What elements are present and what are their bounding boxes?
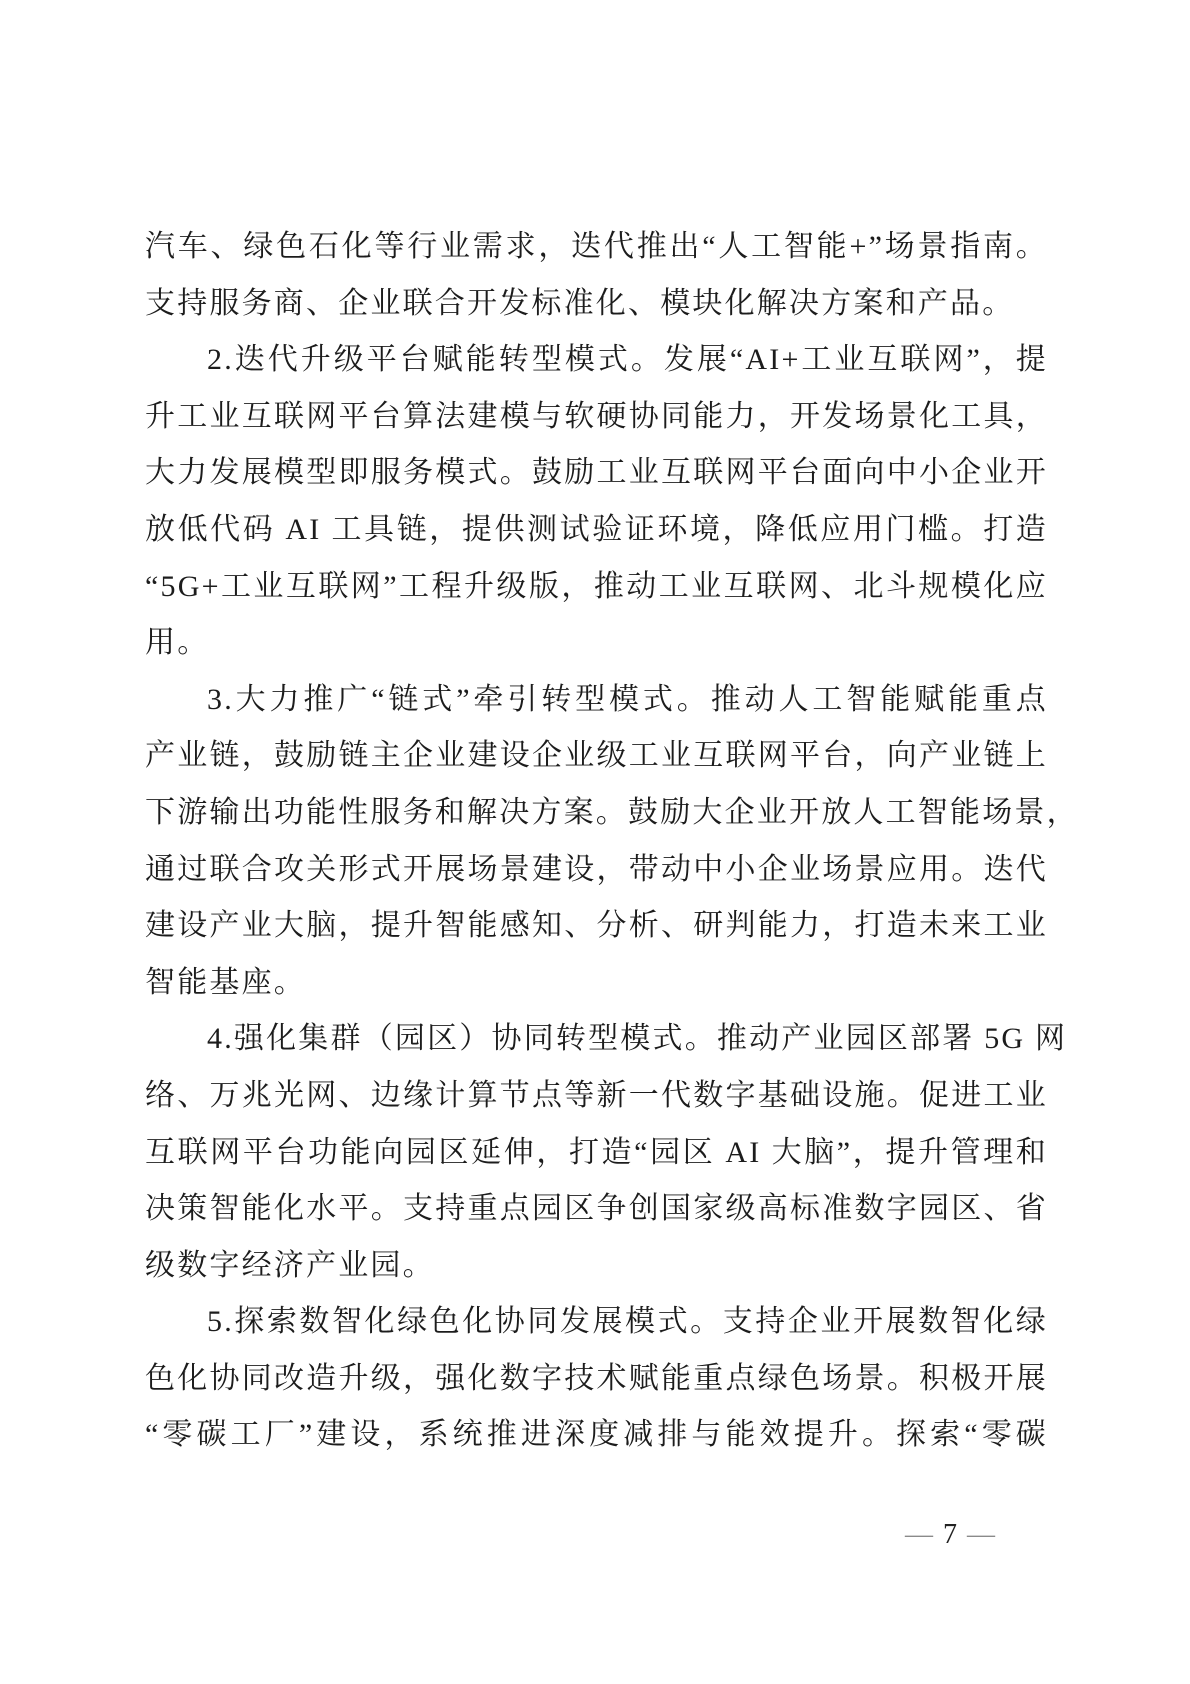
text-line: 升工业互联网平台算法建模与软硬协同能力，开发场景化工具，: [145, 389, 1048, 446]
text-line: 2.迭代升级平台赋能转型模式。发展“AI+工业互联网”，提: [145, 332, 1048, 389]
text-line: 络、万兆光网、边缘计算节点等新一代数字基础设施。促进工业: [145, 1068, 1048, 1125]
text-line: 汽车、绿色石化等行业需求，迭代推出“人工智能+”场景指南。: [145, 219, 1048, 276]
body-text: 汽车、绿色石化等行业需求，迭代推出“人工智能+”场景指南。 支持服务商、企业联合…: [145, 219, 1048, 1464]
text-line: 支持服务商、企业联合开发标准化、模块化解决方案和产品。: [145, 276, 1048, 333]
text-line: 色化协同改造升级，强化数字技术赋能重点绿色场景。积极开展: [145, 1351, 1048, 1408]
text-line: 下游输出功能性服务和解决方案。鼓励大企业开放人工智能场景，: [145, 785, 1048, 842]
text-line: 产业链，鼓励链主企业建设企业级工业互联网平台，向产业链上: [145, 728, 1048, 785]
text-line: 建设产业大脑，提升智能感知、分析、研判能力，打造未来工业: [145, 898, 1048, 955]
text-line: 级数字经济产业园。: [145, 1238, 1048, 1295]
text-line: 4.强化集群（园区）协同转型模式。推动产业园区部署 5G 网: [145, 1011, 1048, 1068]
text-line: “零碳工厂”建设，系统推进深度减排与能效提升。探索“零碳: [145, 1407, 1048, 1464]
page-number-dash-left: —: [895, 1519, 943, 1550]
text-line: 互联网平台功能向园区延伸，打造“园区 AI 大脑”，提升管理和: [145, 1125, 1048, 1182]
page-number-value: 7: [943, 1519, 957, 1550]
text-line: 5.探索数智化绿色化协同发展模式。支持企业开展数智化绿: [145, 1294, 1048, 1351]
page-number-dash-right: —: [957, 1519, 1005, 1550]
page-number: —7—: [880, 1515, 1020, 1555]
text-line: 用。: [145, 615, 1048, 672]
text-line: 通过联合攻关形式开展场景建设，带动中小企业场景应用。迭代: [145, 842, 1048, 899]
document-page: 汽车、绿色石化等行业需求，迭代推出“人工智能+”场景指南。 支持服务商、企业联合…: [0, 0, 1190, 1684]
text-line: 智能基座。: [145, 955, 1048, 1012]
text-line: 放低代码 AI 工具链，提供测试验证环境，降低应用门槛。打造: [145, 502, 1048, 559]
text-line: “5G+工业互联网”工程升级版，推动工业互联网、北斗规模化应: [145, 559, 1048, 616]
text-line: 3.大力推广“链式”牵引转型模式。推动人工智能赋能重点: [145, 672, 1048, 729]
text-line: 大力发展模型即服务模式。鼓励工业互联网平台面向中小企业开: [145, 445, 1048, 502]
text-line: 决策智能化水平。支持重点园区争创国家级高标准数字园区、省: [145, 1181, 1048, 1238]
